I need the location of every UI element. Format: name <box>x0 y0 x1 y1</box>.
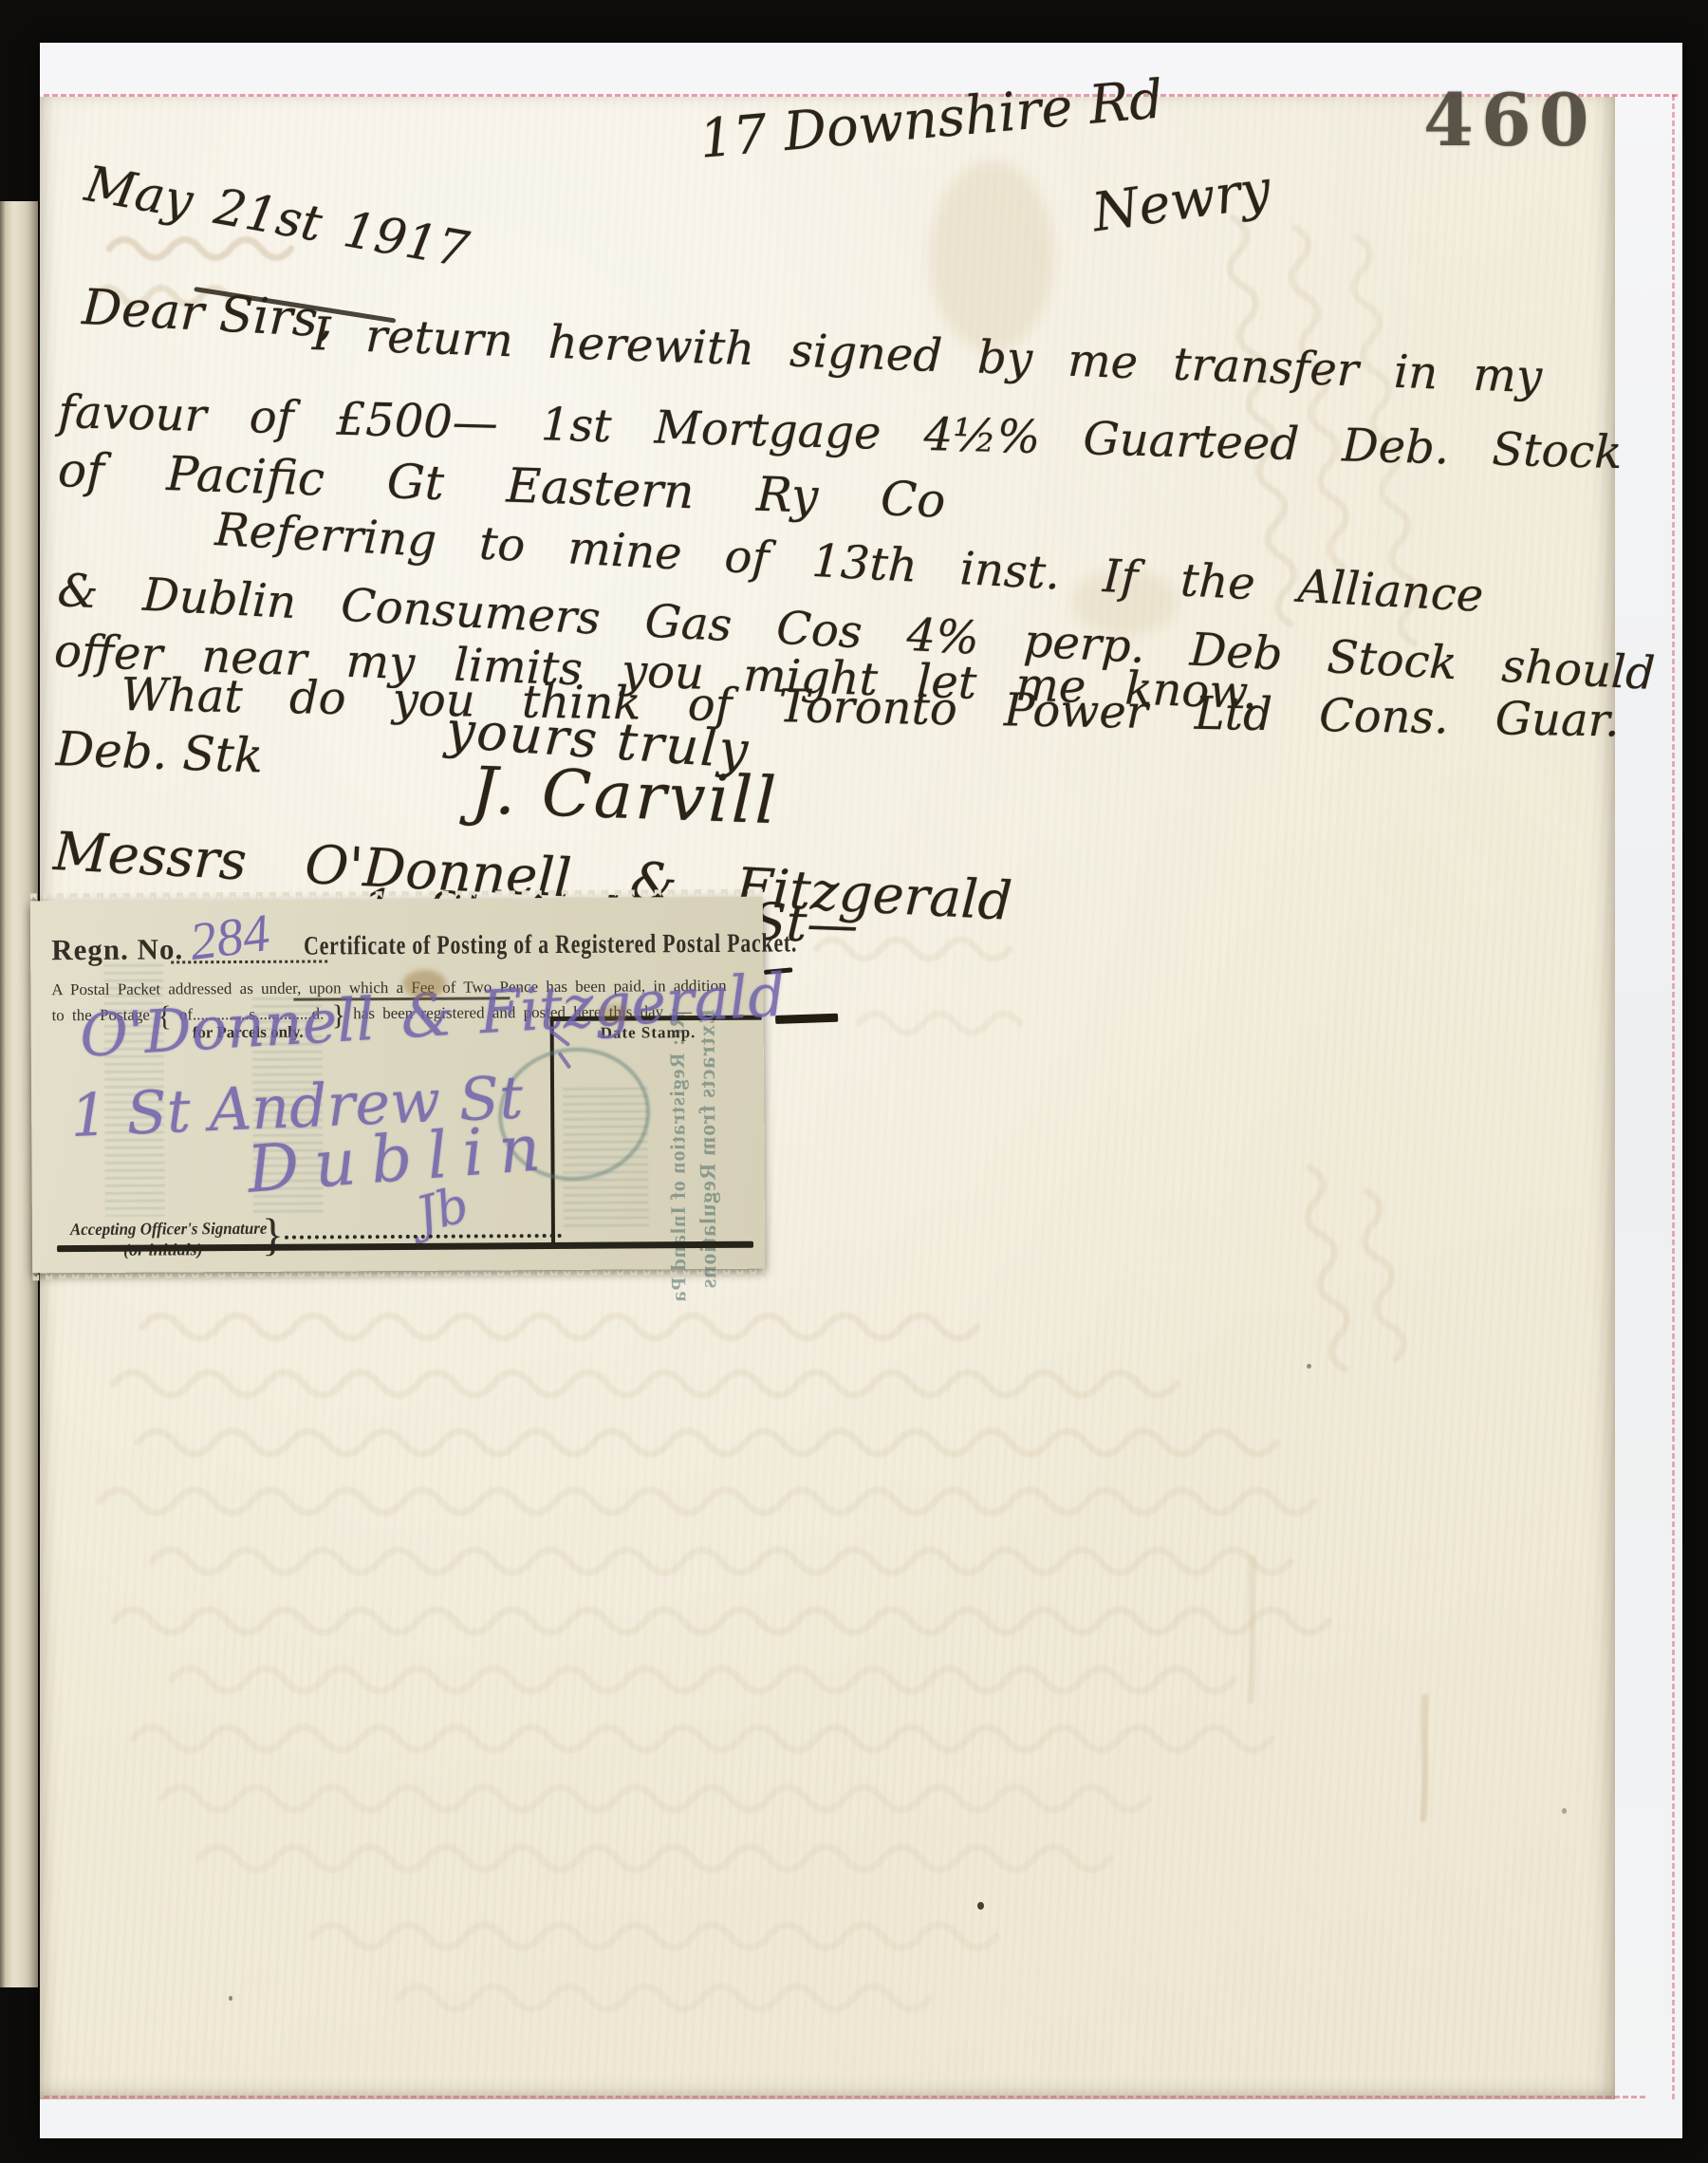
letter-salutation: Dear Sirs, <box>81 283 335 345</box>
regn-number-handwritten: 284 <box>186 903 272 973</box>
stain <box>402 970 446 998</box>
stain <box>600 1004 628 1023</box>
ink-speck <box>1307 1364 1311 1369</box>
red-margin-rule-right <box>1672 95 1675 2099</box>
accepting-officer-label: Accepting Officer's Signature <box>70 1219 268 1240</box>
letter-signature: J. Carvill <box>471 759 780 834</box>
ink-speck <box>1562 1808 1567 1814</box>
bleedthrough-smudge <box>930 161 1053 351</box>
page-number-stamp: 460 <box>1423 78 1597 162</box>
cert-address-line3: Dublin <box>245 1115 557 1203</box>
ink-speck <box>229 1996 232 2001</box>
letter-line: Deb. Stk <box>55 725 264 780</box>
red-margin-rule-bottom <box>44 2096 1645 2098</box>
certificate-of-posting: Extracts from Regulations Re: Registrati… <box>30 897 765 1274</box>
ink-speck <box>977 1902 984 1910</box>
certificate-title: Certificate of Posting of a Registered P… <box>304 928 797 961</box>
scanned-ledger-page: 460 17 Downshire Rd Newry May 21st 1917 … <box>0 0 1708 2163</box>
officer-brace: } <box>262 1209 284 1261</box>
regn-no-label: Regn. No. <box>51 932 183 967</box>
officer-signature-dotted-line <box>285 1211 562 1240</box>
